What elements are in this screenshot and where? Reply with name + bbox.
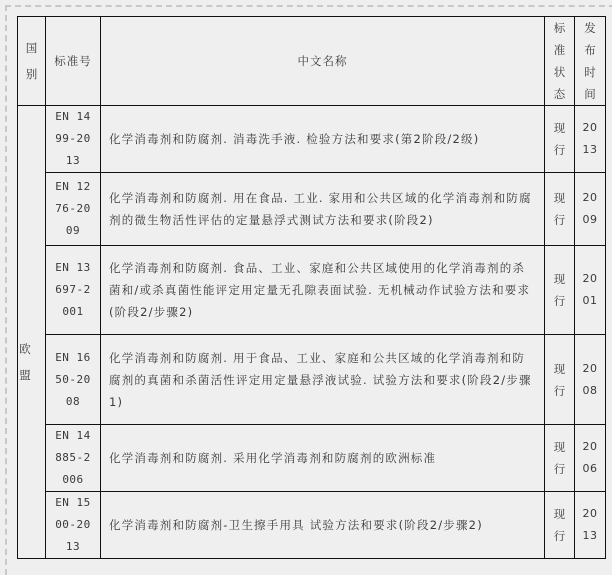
standard-year: 2009 — [575, 173, 606, 246]
table-row: EN 1500-2013 化学消毒剂和防腐剂-卫生擦手用具 试验方法和要求(阶段… — [18, 492, 606, 559]
standard-code: EN 14885-2006 — [46, 425, 101, 492]
standard-status: 现行 — [545, 425, 575, 492]
standard-code: EN 1500-2013 — [46, 492, 101, 559]
standard-name: 化学消毒剂和防腐剂. 食品、工业、家庭和公共区域使用的化学消毒剂的杀菌和/或杀真… — [101, 246, 545, 335]
standard-name: 化学消毒剂和防腐剂-卫生擦手用具 试验方法和要求(阶段2/步骤2) — [101, 492, 545, 559]
country-cell: 欧盟 — [18, 106, 46, 559]
standard-year: 2001 — [575, 246, 606, 335]
standard-code: EN 1276-2009 — [46, 173, 101, 246]
header-row: 国别 标准号 中文名称 标准状态 发布时间 — [18, 17, 606, 106]
standard-status: 现行 — [545, 246, 575, 335]
standard-name: 化学消毒剂和防腐剂. 消毒洗手液. 检验方法和要求(第2阶段/2级) — [101, 106, 545, 173]
standards-table: 国别 标准号 中文名称 标准状态 发布时间 欧盟 EN 1499-2013 化学… — [17, 16, 606, 559]
header-code: 标准号 — [46, 17, 101, 106]
standard-code: EN 13697-2001 — [46, 246, 101, 335]
table-row: EN 14885-2006 化学消毒剂和防腐剂. 采用化学消毒剂和防腐剂的欧洲标… — [18, 425, 606, 492]
standard-year: 2006 — [575, 425, 606, 492]
header-year: 发布时间 — [575, 17, 606, 106]
table-row: EN 13697-2001 化学消毒剂和防腐剂. 食品、工业、家庭和公共区域使用… — [18, 246, 606, 335]
header-country: 国别 — [18, 17, 46, 106]
standard-code: EN 1650-2008 — [46, 335, 101, 425]
standard-name: 化学消毒剂和防腐剂. 采用化学消毒剂和防腐剂的欧洲标准 — [101, 425, 545, 492]
table-row: EN 1650-2008 化学消毒剂和防腐剂. 用于食品、工业、家庭和公共区域的… — [18, 335, 606, 425]
standard-status: 现行 — [545, 492, 575, 559]
standard-status: 现行 — [545, 173, 575, 246]
standard-status: 现行 — [545, 106, 575, 173]
standard-status: 现行 — [545, 335, 575, 425]
table-row: 欧盟 EN 1499-2013 化学消毒剂和防腐剂. 消毒洗手液. 检验方法和要… — [18, 106, 606, 173]
standard-code: EN 1499-2013 — [46, 106, 101, 173]
standard-name: 化学消毒剂和防腐剂. 用在食品. 工业. 家用和公共区域的化学消毒剂和防腐剂的微… — [101, 173, 545, 246]
header-status: 标准状态 — [545, 17, 575, 106]
standard-year: 2013 — [575, 492, 606, 559]
header-name: 中文名称 — [101, 17, 545, 106]
standard-name: 化学消毒剂和防腐剂. 用于食品、工业、家庭和公共区域的化学消毒剂和防腐剂的真菌和… — [101, 335, 545, 425]
table-row: EN 1276-2009 化学消毒剂和防腐剂. 用在食品. 工业. 家用和公共区… — [18, 173, 606, 246]
standard-year: 2013 — [575, 106, 606, 173]
standard-year: 2008 — [575, 335, 606, 425]
